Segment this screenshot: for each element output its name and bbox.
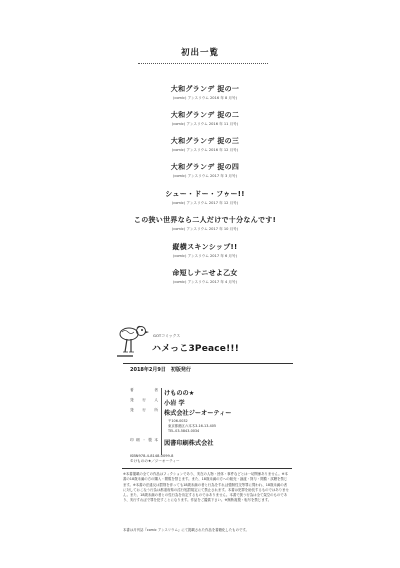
toc-entry-source: (comic) アンスリウム 2016 年 12 月号)	[0, 148, 400, 153]
toc-entry-title: 大和グランデ 捉の四	[0, 162, 400, 172]
source-footnote: 本書は月刊誌『comic アンスリウム』にて掲載された作品を書籍化したものです。	[123, 527, 289, 532]
title-divider	[123, 363, 293, 364]
credit-row-printer: 印刷・製本 図書印刷株式会社	[130, 438, 290, 448]
credit-value: 図書印刷株式会社	[164, 438, 214, 447]
notice-divider	[122, 468, 292, 469]
toc-entry-title: 大和グランデ 捉の二	[0, 110, 400, 120]
toc-entry-title: この狭い世界なら二人だけで十分なんです!	[0, 215, 400, 225]
credit-row-author: 著者 けものの★	[130, 388, 290, 398]
publisher-address: 〒106-0032 東京都港区六本木3-16-13-405 TEL.03-584…	[168, 419, 216, 435]
legal-notice: ※本書掲載の全ての作品はフィクションであり、実在の人物・団体・事件などとは一切関…	[123, 472, 289, 504]
toc-divider	[138, 63, 268, 64]
toc-entry: 縦横スキンシップ!! (comic) アンスリウム 2017 年 6 月号)	[0, 242, 400, 259]
credit-value: 株式会社ジーオーティー	[164, 408, 231, 417]
toc-heading: 初出一覧	[0, 46, 400, 58]
credit-value: けものの★	[164, 388, 194, 397]
toc-entry: この狭い世界なら二人だけで十分なんです! (comic) アンスリウム 2017…	[0, 215, 400, 232]
toc-entry-source: (comic) アンスリウム 2017 年 4 月号)	[0, 280, 400, 285]
credit-label: 発行人	[130, 398, 158, 403]
toc-entry: シュー・ドー・フゥー!! (comic) アンスリウム 2017 年 12 月号…	[0, 189, 400, 206]
credit-label: 著者	[130, 388, 158, 393]
toc-entry-source: (comic) アンスリウム 2017 年 3 月号)	[0, 174, 400, 179]
toc-entry: 大和グランデ 捉の四 (comic) アンスリウム 2017 年 3 月号)	[0, 162, 400, 179]
toc-entry-title: シュー・ドー・フゥー!!	[0, 189, 400, 199]
toc-entry-source: (comic) アンスリウム 2017 年 10 月号)	[0, 227, 400, 232]
credit-value: 小岩 学	[164, 398, 185, 407]
toc-entry-title: 大和グランデ 捉の三	[0, 136, 400, 146]
toc-entry-source: (comic) アンスリウム 2016 年 8 月号)	[0, 96, 400, 101]
phone-number: TEL.03-5843-0034	[168, 429, 216, 434]
credit-row-publisher-person: 発行人 小岩 学	[130, 398, 290, 408]
toc-entry: 命短しナニせよ乙女 (comic) アンスリウム 2017 年 4 月号)	[0, 268, 400, 285]
toc-entry-source: (comic) アンスリウム 2017 年 6 月号)	[0, 254, 400, 259]
isbn-block: ISBN978-4-8148-0099-8 ©けものの★／ジーオーティー	[130, 454, 180, 465]
book-title: ハメっこ3Peace!!!	[152, 341, 239, 354]
toc-entry: 大和グランデ 捉の二 (comic) アンスリウム 2016 年 11 月号)	[0, 110, 400, 127]
credit-label: 発行所	[130, 408, 158, 413]
toc-entry-title: 命短しナニせよ乙女	[0, 268, 400, 278]
toc-entry-source: (comic) アンスリウム 2016 年 11 月号)	[0, 122, 400, 127]
toc-entry-title: 大和グランデ 捉の一	[0, 84, 400, 94]
credit-row-publisher: 発行所 株式会社ジーオーティー	[130, 408, 290, 418]
toc-entry: 大和グランデ 捉の一 (comic) アンスリウム 2016 年 8 月号)	[0, 84, 400, 101]
publication-date: 2018年2月9日 初版発行	[130, 366, 191, 373]
toc-entry-source: (comic) アンスリウム 2017 年 12 月号)	[0, 201, 400, 206]
imprint-label: GOTコミックス	[153, 333, 180, 339]
toc-entry-title: 縦横スキンシップ!!	[0, 242, 400, 252]
toc-entry: 大和グランデ 捉の三 (comic) アンスリウム 2016 年 12 月号)	[0, 136, 400, 153]
credit-label: 印刷・製本	[130, 438, 158, 443]
copyright-line: ©けものの★／ジーオーティー	[130, 459, 180, 464]
mascot-bird-icon	[115, 325, 153, 359]
